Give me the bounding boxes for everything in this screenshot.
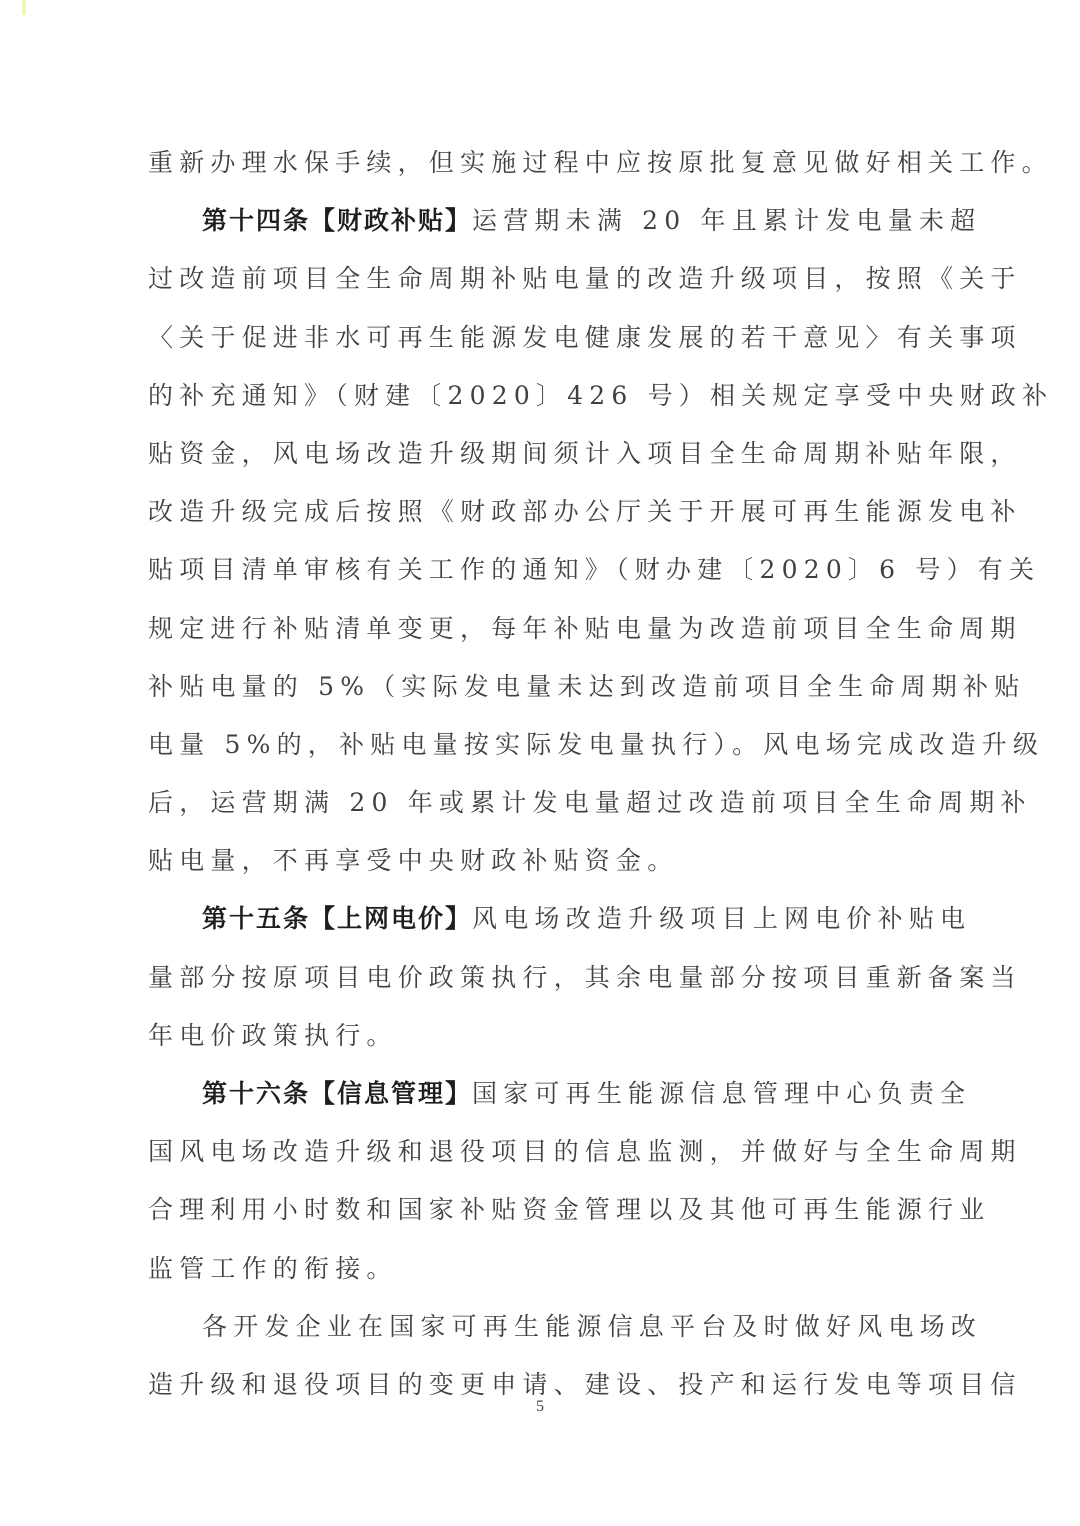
text-line: 风电场改造升级项目上网电价补贴电 [472,904,971,933]
article-15-first-line: 第十五条【上网电价】风电场改造升级项目上网电价补贴电 [148,896,904,954]
text-line: 国家可再生能源信息管理中心负责全 [472,1079,971,1108]
text-line: 监管工作的衔接。 [148,1246,904,1304]
document-page: 重新办理水保手续，但实施过程中应按原批复意见做好相关工作。 第十四条【财政补贴】… [148,140,904,1420]
text-line: 运营期未满 20 年且累计发电量未超 [472,206,981,235]
text-line: 的补充通知》（财建〔2020〕426 号）相关规定享受中央财政补 [148,373,904,431]
article-14-heading: 第十四条【财政补贴】 [202,206,472,235]
text-line: 贴资金，风电场改造升级期间须计入项目全生命周期补贴年限， [148,431,904,489]
text-line: 国风电场改造升级和退役项目的信息监测，并做好与全生命周期 [148,1129,904,1187]
article-16-heading: 第十六条【信息管理】 [202,1079,472,1108]
scan-edge-mark [22,0,26,15]
text-line: 贴电量，不再享受中央财政补贴资金。 [148,838,904,896]
page-number: 5 [0,1398,1080,1416]
article-15-heading: 第十五条【上网电价】 [202,904,472,933]
text-line: 电量 5%的，补贴电量按实际发电量执行）。风电场完成改造升级 [148,722,904,780]
text-line: 补贴电量的 5%（实际发电量未达到改造前项目全生命周期补贴 [148,664,904,722]
text-line: 规定进行补贴清单变更，每年补贴电量为改造前项目全生命周期 [148,606,904,664]
article-14-first-line: 第十四条【财政补贴】运营期未满 20 年且累计发电量未超 [148,198,904,256]
text-line: 重新办理水保手续，但实施过程中应按原批复意见做好相关工作。 [148,140,904,198]
text-line: 量部分按原项目电价政策执行，其余电量部分按项目重新备案当 [148,955,904,1013]
article-16-first-line: 第十六条【信息管理】国家可再生能源信息管理中心负责全 [148,1071,904,1129]
text-line: 各开发企业在国家可再生能源信息平台及时做好风电场改 [148,1304,904,1362]
text-line: 改造升级完成后按照《财政部办公厅关于开展可再生能源发电补 [148,489,904,547]
text-line: 过改造前项目全生命周期补贴电量的改造升级项目，按照《关于 [148,256,904,314]
text-line: 合理利用小时数和国家补贴资金管理以及其他可再生能源行业 [148,1187,904,1245]
text-line: 〈关于促进非水可再生能源发电健康发展的若干意见〉有关事项 [148,315,904,373]
text-line: 贴项目清单审核有关工作的通知》（财办建〔2020〕6 号）有关 [148,547,904,605]
text-line: 后，运营期满 20 年或累计发电量超过改造前项目全生命周期补 [148,780,904,838]
text-line: 年电价政策执行。 [148,1013,904,1071]
